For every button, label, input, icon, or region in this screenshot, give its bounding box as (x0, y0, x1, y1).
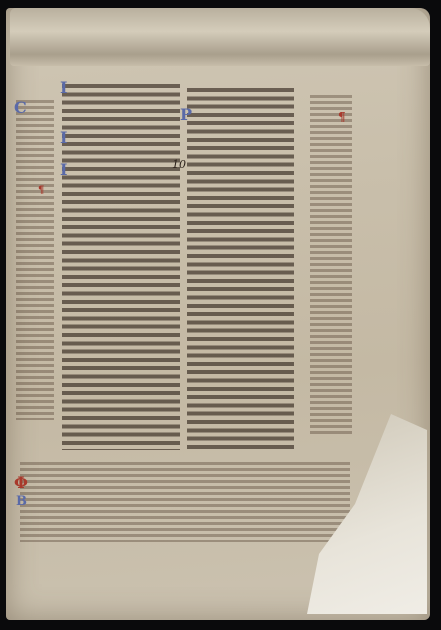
decorated-initial: B (16, 494, 27, 509)
paragraph-mark: ¶ (38, 185, 44, 196)
paragraph-mark: ¶ (338, 110, 346, 124)
bottom-margin-gloss (20, 462, 350, 542)
crumpled-top-edge (10, 8, 430, 66)
decorated-initial: P (180, 105, 192, 124)
text-column-right (187, 88, 294, 450)
decorated-initial: I (60, 128, 67, 147)
folio-number: 10 (172, 158, 186, 171)
left-margin-gloss (16, 100, 54, 420)
decorated-initial: I (60, 78, 67, 97)
right-margin-gloss (310, 95, 352, 435)
decorated-initial: I (60, 160, 67, 179)
text-column-left (62, 84, 180, 450)
decorated-initial: C (14, 98, 27, 117)
decorated-initial: Φ (14, 473, 28, 492)
